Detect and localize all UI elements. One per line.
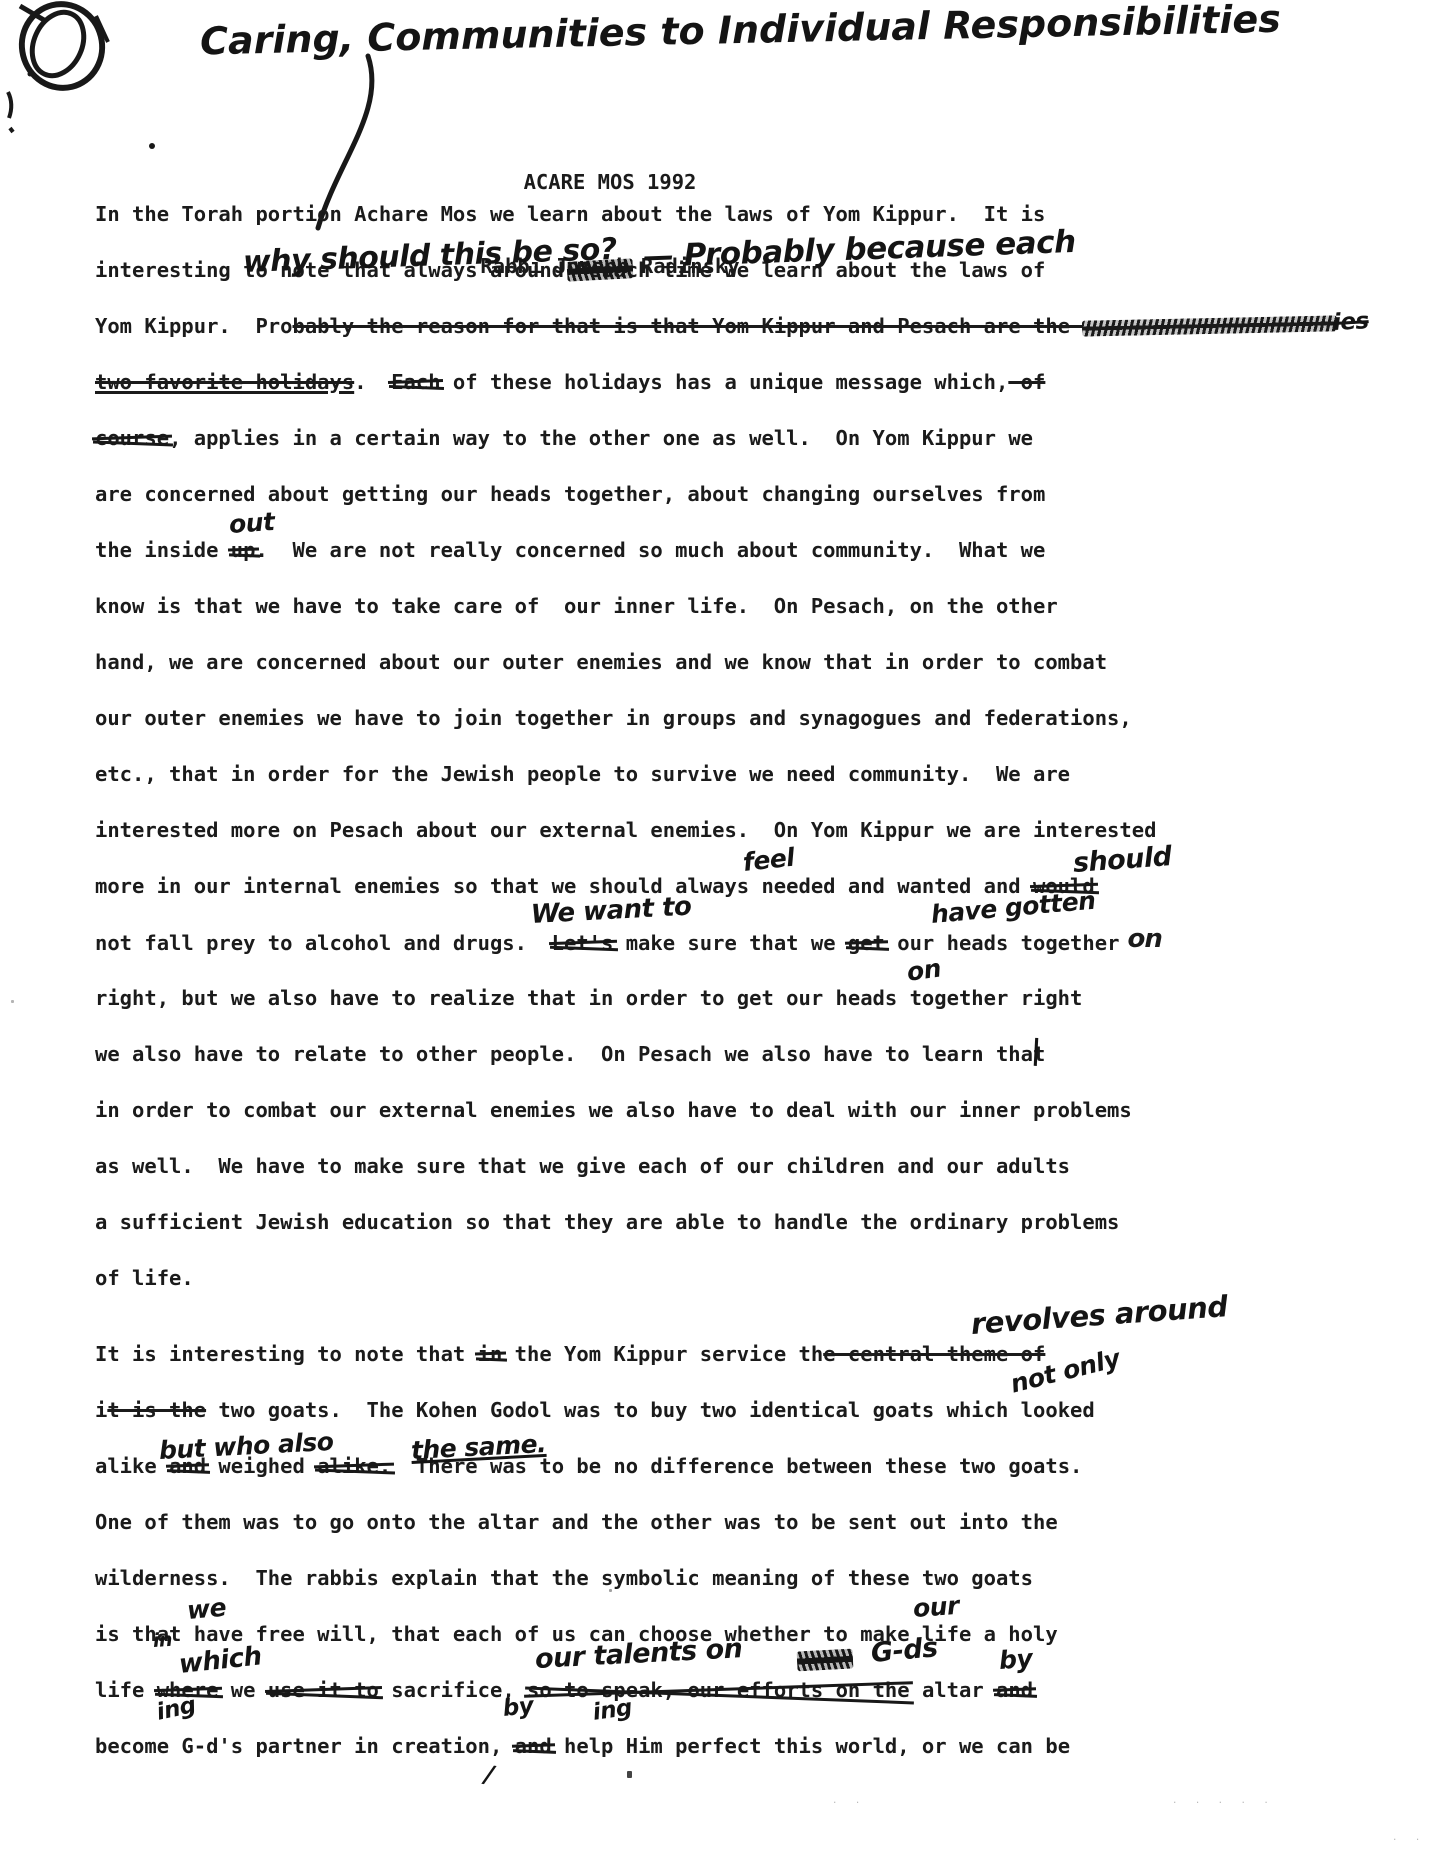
typed-text: the inside xyxy=(95,538,231,562)
typed-text: i xyxy=(95,1398,107,1422)
handwritten-annotation: | xyxy=(1030,1036,1041,1064)
handwritten-annotation: our xyxy=(912,1593,959,1621)
typed-text: not fall prey to alcohol and drugs. xyxy=(95,931,552,955)
typed-line: become G-d's partner in creation, and he… xyxy=(95,1718,1355,1774)
typed-line: know is that we have to take care of our… xyxy=(95,578,1355,634)
typed-text: life xyxy=(95,1678,157,1702)
typed-line: two favorite holidays. Each of these hol… xyxy=(95,354,1355,410)
typed-line: a sufficient Jewish education so that th… xyxy=(95,1194,1355,1250)
struck-text: of xyxy=(1008,370,1045,394)
handwritten-annotation: out xyxy=(228,509,275,537)
typed-line: wilderness. The rabbis explain that the … xyxy=(95,1550,1355,1606)
handwritten-annotation: feel xyxy=(742,845,796,875)
typed-text: we xyxy=(218,1678,267,1702)
typed-text: our outer enemies we have to join togeth… xyxy=(95,706,1132,730)
typed-text: as well. We have to make sure that we gi… xyxy=(95,1154,1070,1178)
typed-text: know is that we have to take care of our… xyxy=(95,594,1058,618)
typed-line: are concerned about getting our heads to… xyxy=(95,466,1355,522)
handwritten-annotation: on xyxy=(905,955,942,984)
typed-line: alike and weighed alike. There was to be… xyxy=(95,1438,1355,1494)
typed-text: right, but we also have to realize that … xyxy=(95,986,1082,1010)
typed-line: In the Torah portion Achare Mos we learn… xyxy=(95,186,1355,242)
handwritten-inline: on xyxy=(1119,924,1161,954)
paragraph-2: It is interesting to note that in the Yo… xyxy=(95,1326,1355,1774)
typed-text: Yom Kippur. Pro xyxy=(95,314,292,338)
photocopy-dots: . . xyxy=(1392,1833,1426,1843)
handwriting-scribble xyxy=(797,1649,854,1672)
typed-line: It is interesting to note that in the Yo… xyxy=(95,1326,1355,1382)
handwritten-annotation: ing xyxy=(591,1697,633,1725)
handwritten-annotation: We want to xyxy=(530,894,692,928)
handwritten-annotation: we xyxy=(186,1595,227,1623)
paragraph-1: In the Torah portion Achare Mos we learn… xyxy=(95,186,1355,1306)
typed-line: hand, we are concerned about our outer e… xyxy=(95,634,1355,690)
photocopy-dots: . . xyxy=(832,1796,866,1806)
scribbled-out-text: and xyxy=(515,1718,552,1774)
typed-text: . xyxy=(354,370,391,394)
typed-line: we also have to relate to other people. … xyxy=(95,1026,1355,1082)
typed-text: our heads together xyxy=(885,931,1120,955)
handwritten-annotation: by xyxy=(998,1646,1033,1673)
typed-text: more in our internal enemies so that we … xyxy=(95,874,1033,898)
typed-line: in order to combat our external enemies … xyxy=(95,1082,1355,1138)
typed-line: life where we use it to sacrifice, so to… xyxy=(95,1662,1355,1718)
struck-text: e central theme of xyxy=(823,1342,1045,1366)
typed-line: not fall prey to alcohol and drugs. Let'… xyxy=(95,914,1355,970)
typed-text: help Him perfect this world, or we can b… xyxy=(552,1734,1070,1758)
handwritten-annotation: which xyxy=(178,1643,263,1678)
typed-text: alike xyxy=(95,1454,169,1478)
scribbled-out-text: course xyxy=(95,410,169,466)
typed-text: One of them was to go onto the altar and… xyxy=(95,1510,1058,1534)
ink-speck xyxy=(627,1771,632,1778)
typed-line: course, applies in a certain way to the … xyxy=(95,410,1355,466)
scribbled-out-text: get xyxy=(848,915,885,971)
handwritten-annotation: ies xyxy=(1332,310,1369,335)
typed-text: two goats. The Kohen Godol was to buy tw… xyxy=(206,1398,1095,1422)
typed-line: our outer enemies we have to join togeth… xyxy=(95,690,1355,746)
typed-line: Yom Kippur. Probably the reason for that… xyxy=(95,298,1355,354)
typed-text: . We are not really concerned so much ab… xyxy=(255,538,1045,562)
ink-speck xyxy=(11,1000,14,1003)
typed-line: as well. We have to make sure that we gi… xyxy=(95,1138,1355,1194)
typed-text: , applies in a certain way to the other … xyxy=(169,426,1033,450)
ink-speck xyxy=(609,1589,612,1592)
struck-text: bably the reason for that is that Yom Ki… xyxy=(292,314,1082,338)
typed-line: One of them was to go onto the altar and… xyxy=(95,1494,1355,1550)
typed-text: in order to combat our external enemies … xyxy=(95,1098,1132,1122)
scribbled-out-text: use it to xyxy=(268,1662,379,1718)
typed-text: become G-d's partner in creation, xyxy=(95,1734,515,1758)
typed-text: altar xyxy=(910,1678,996,1702)
scribbled-out-text: in xyxy=(478,1326,503,1382)
struck-underlined-text: two favorite holidays xyxy=(95,370,354,394)
photocopy-dots: . . . . . xyxy=(1172,1796,1275,1806)
typed-text: hand, we are concerned about our outer e… xyxy=(95,650,1107,674)
scribbled-out-text: Each xyxy=(391,354,440,410)
typed-line: etc., that in order for the Jewish peopl… xyxy=(95,746,1355,802)
typed-text: wilderness. The rabbis explain that the … xyxy=(95,1566,1033,1590)
typed-text: make sure that we xyxy=(613,931,848,955)
handwritten-annotation: should xyxy=(1072,843,1172,877)
struck-text: t is the xyxy=(107,1398,206,1422)
typed-line: right, but we also have to realize that … xyxy=(95,970,1355,1026)
handwritten-annotation: by xyxy=(502,1695,535,1721)
typed-text: etc., that in order for the Jewish peopl… xyxy=(95,762,1070,786)
handwriting-scribble xyxy=(567,258,634,281)
typed-text: In the Torah portion Achare Mos we learn… xyxy=(95,202,1045,226)
handwritten-annotation: in xyxy=(152,1631,172,1651)
typed-text: the Yom Kippur service th xyxy=(502,1342,823,1366)
typed-text: are concerned about getting our heads to… xyxy=(95,482,1045,506)
typed-text: It is interesting to note that xyxy=(95,1342,478,1366)
typed-text: a sufficient Jewish education so that th… xyxy=(95,1210,1119,1234)
handwritten-annotation: / xyxy=(483,1762,495,1787)
handwritten-annotation: G-ds xyxy=(870,1634,939,1667)
handwritten-annotation: ing xyxy=(155,1694,198,1725)
typed-line: more in our internal enemies so that we … xyxy=(95,858,1355,914)
typed-text: of life. xyxy=(95,1266,194,1290)
handwritten-annotation: the same. xyxy=(410,1431,546,1463)
strikeout-scribble xyxy=(1082,315,1337,336)
typed-text: interested more on Pesach about our exte… xyxy=(95,818,1156,842)
document-page: Caring, Communities to Individual Respon… xyxy=(0,0,1430,1851)
typed-text: of these holidays has a unique message w… xyxy=(441,370,1009,394)
typed-text: we also have to relate to other people. … xyxy=(95,1042,1045,1066)
typed-line: the inside up. We are not really concern… xyxy=(95,522,1355,578)
